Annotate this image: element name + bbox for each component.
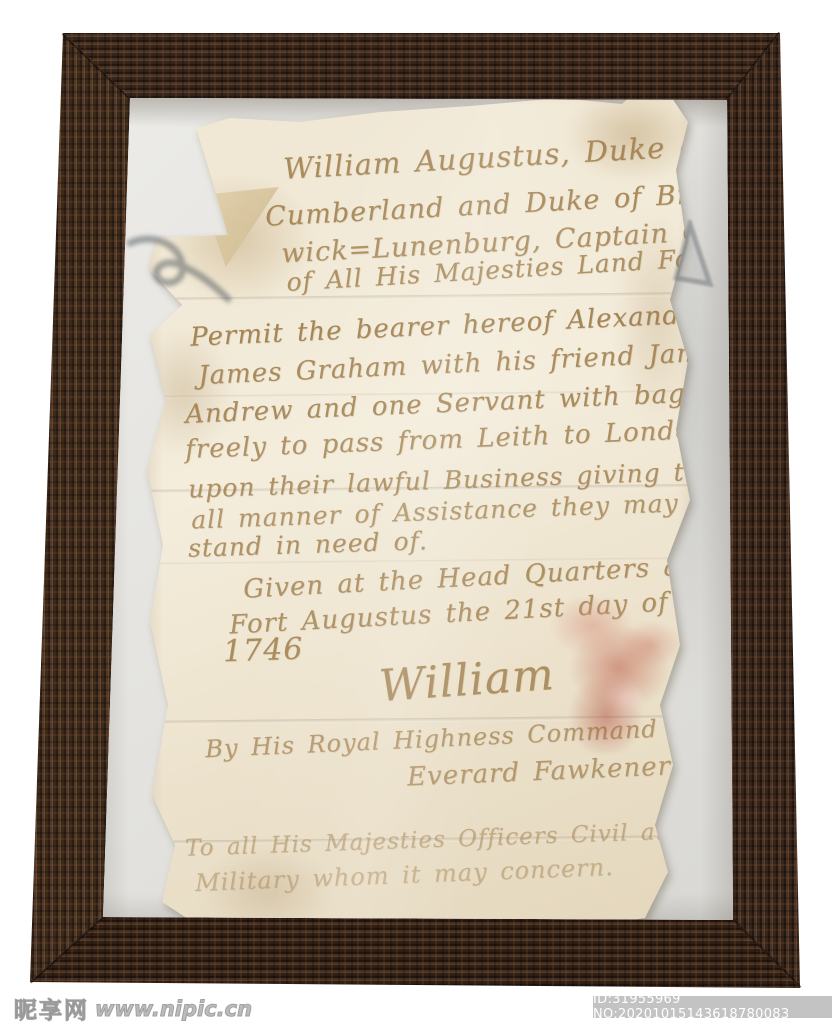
wax-seal-remnant: [545, 598, 680, 753]
signature-fawkener: Everard Fawkener: [407, 753, 672, 790]
image-id-text: ID:31955969 NO:20201015143618780083: [593, 992, 832, 1022]
manuscript-line: stand in need of.: [188, 528, 429, 561]
manuscript-line-date: 1746: [223, 635, 304, 668]
signature-william: William: [378, 653, 556, 709]
manuscript-paper: William Augustus, Duke of Cumberland and…: [143, 87, 698, 947]
nipic-site-logo: 昵享网: [14, 992, 89, 1024]
manuscript-paper-wrap: William Augustus, Duke of Cumberland and…: [143, 87, 698, 947]
wire-shadow-mark-right: [670, 220, 718, 294]
nipic-watermark: 昵享网 www.nipic.cn: [14, 992, 252, 1024]
image-id-watermark: ID:31955969 NO:20201015143618780083: [593, 996, 832, 1018]
wire-shadow-mark-left: [122, 225, 240, 313]
nipic-site-url: www.nipic.cn: [95, 997, 252, 1021]
mat-backing: William Augustus, Duke of Cumberland and…: [103, 97, 735, 921]
framed-document-photo: William Augustus, Duke of Cumberland and…: [0, 0, 832, 1024]
